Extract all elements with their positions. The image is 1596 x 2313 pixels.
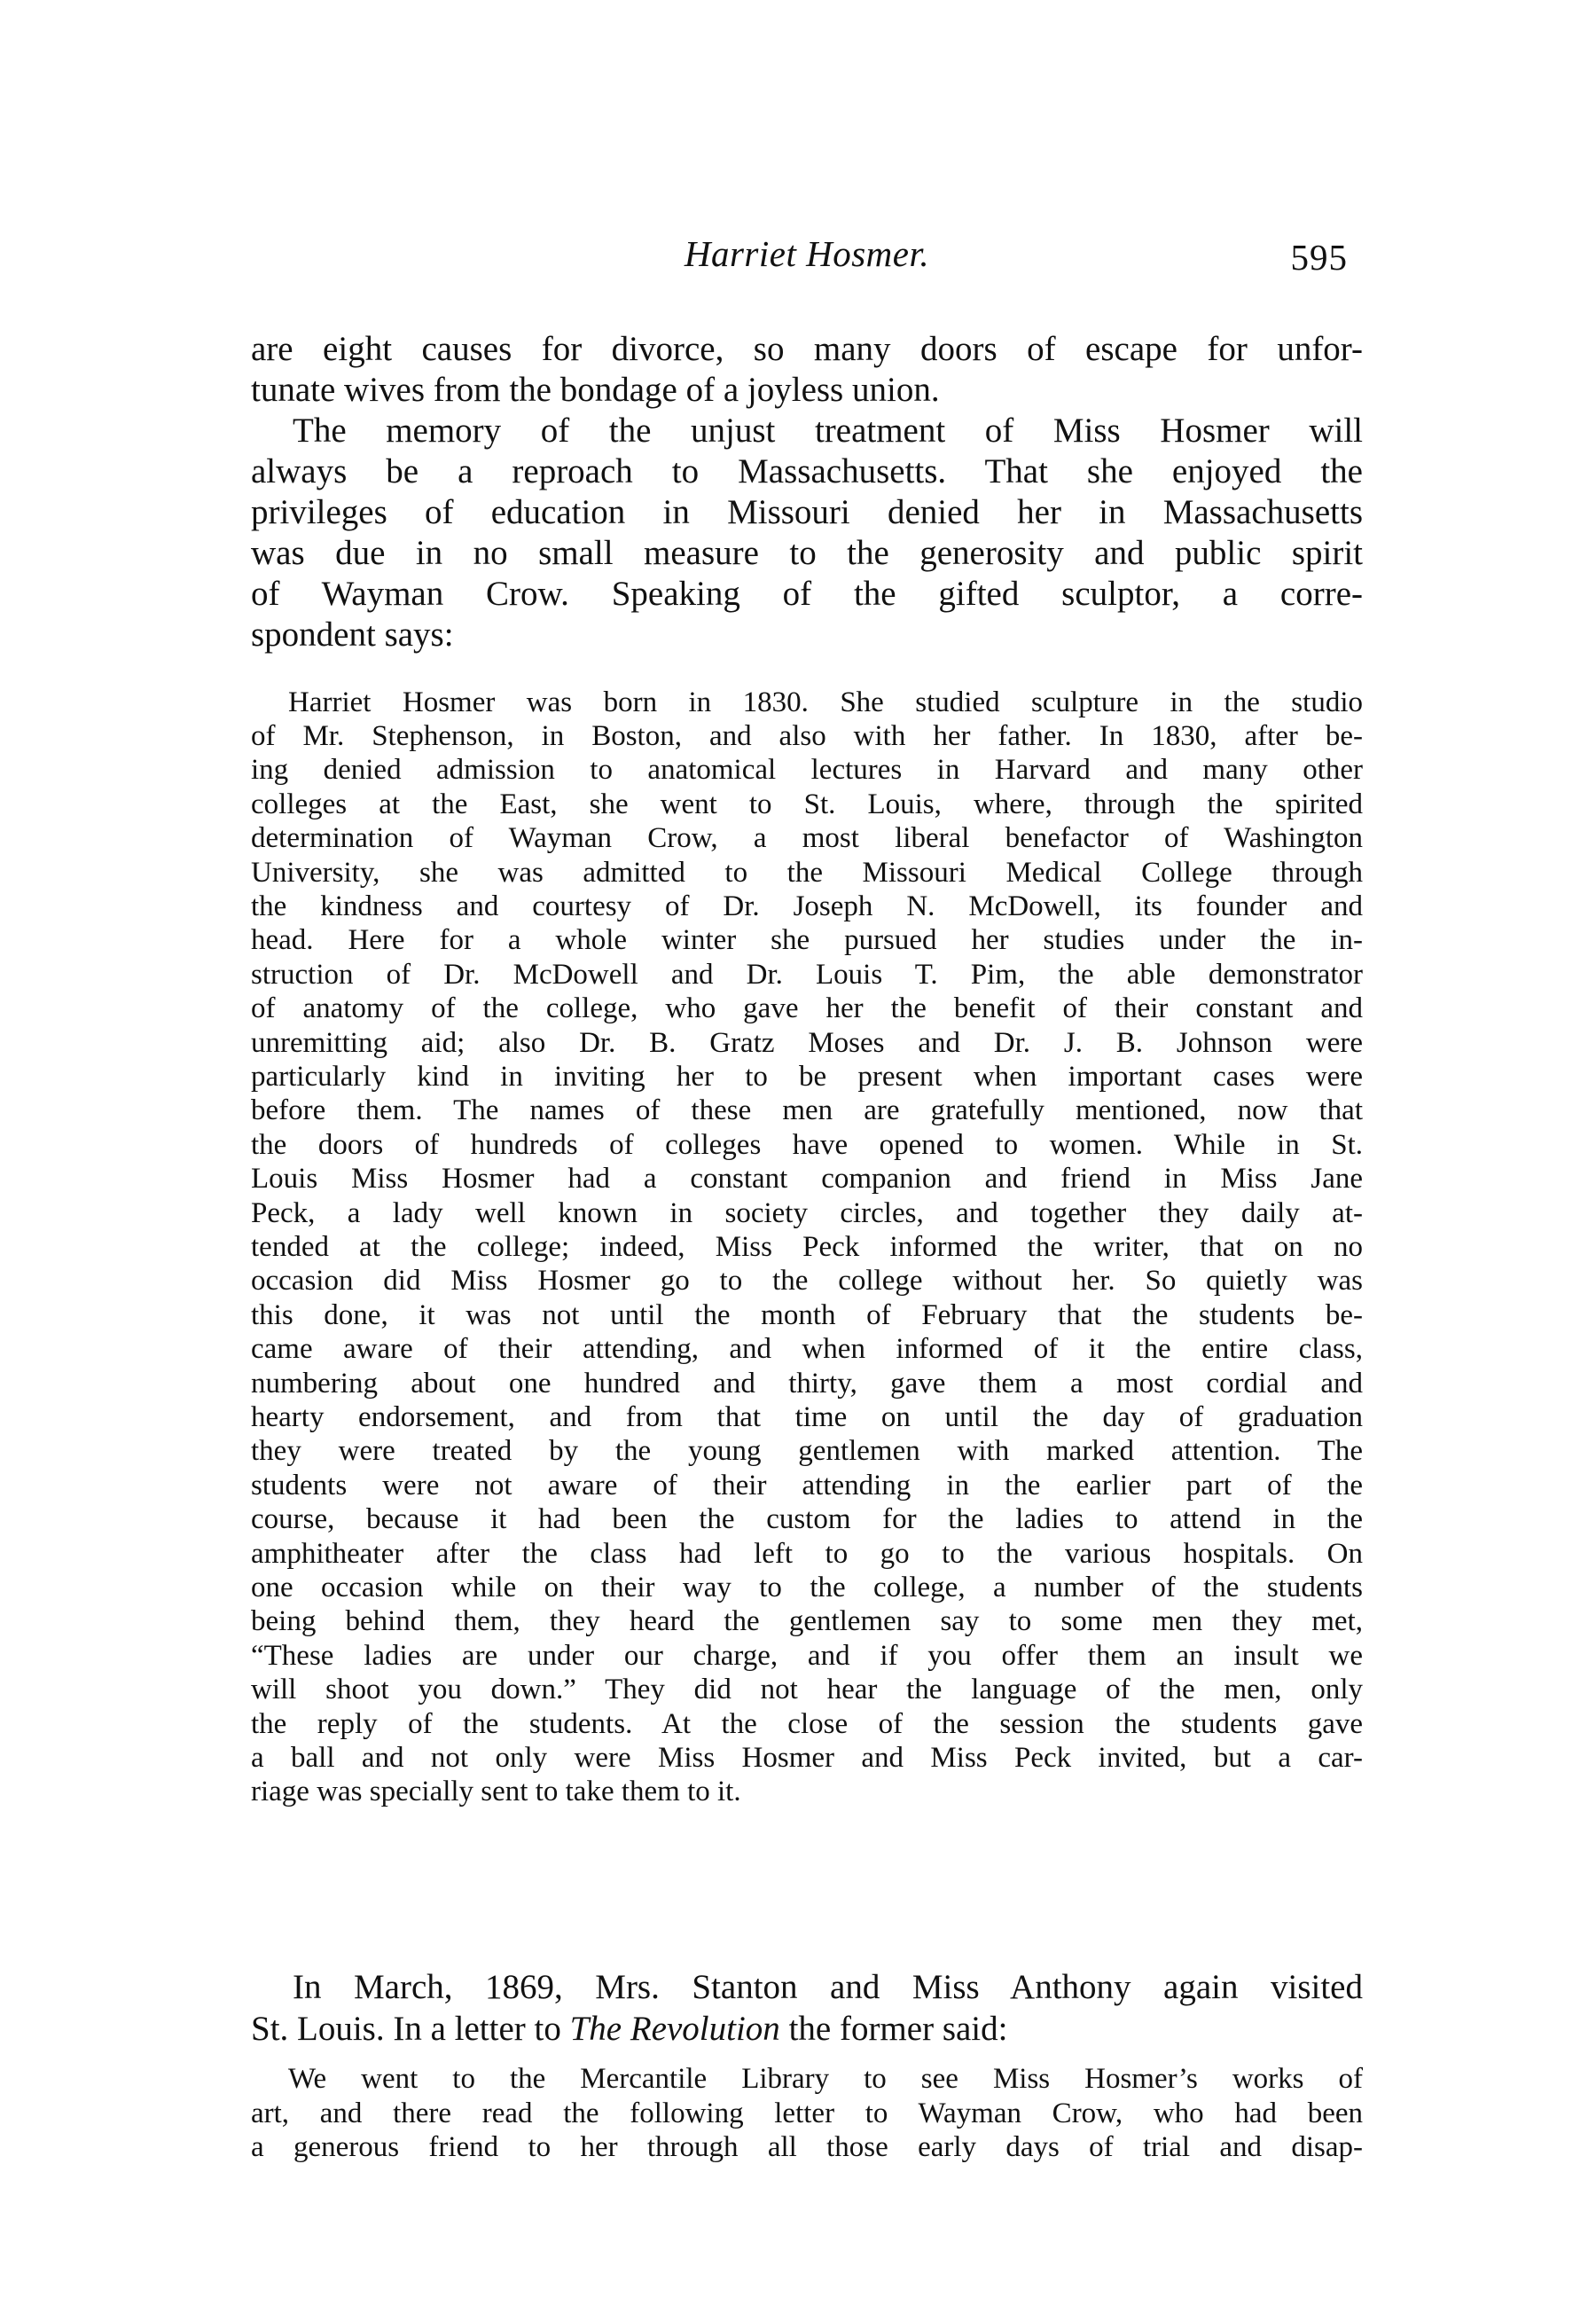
body-line: of Wayman Crow. Speaking of the gifted s…	[251, 574, 1363, 615]
quote-line: colleges at the East, she went to St. Lo…	[251, 788, 1363, 821]
quote-line: came aware of their attending, and when …	[251, 1332, 1363, 1366]
body-line: privileges of education in Missouri deni…	[251, 492, 1363, 533]
quote-line: struction of Dr. McDowell and Dr. Louis …	[251, 958, 1363, 992]
body-line: was due in no small measure to the gener…	[251, 533, 1363, 574]
quote-line: one occasion while on their way to the c…	[251, 1571, 1363, 1604]
quote-line: art, and there read the following letter…	[251, 2097, 1363, 2130]
quote-line: unremitting aid; also Dr. B. Gratz Moses…	[251, 1026, 1363, 1060]
quote-line: Louis Miss Hosmer had a constant compani…	[251, 1162, 1363, 1196]
book-page: Harriet Hosmer. 595 are eight causes for…	[0, 0, 1596, 2313]
quote-line: they were treated by the young gentlemen…	[251, 1434, 1363, 1468]
quote-line: will shoot you down.” They did not hear …	[251, 1673, 1363, 1706]
quote-line: a ball and not only were Miss Hosmer and…	[251, 1741, 1363, 1775]
body-text: In March, 1869, Mrs. Stanton and Miss An…	[293, 1968, 1363, 2006]
chapter-title: Harriet Hosmer.	[251, 232, 1363, 275]
quote-line: ing denied admission to anatomical lectu…	[251, 753, 1363, 787]
body-line: St. Louis. In a letter to The Revolution…	[251, 2009, 1363, 2050]
quote-line: course, because it had been the custom f…	[251, 1502, 1363, 1536]
quote-line: occasion did Miss Hosmer go to the colle…	[251, 1264, 1363, 1298]
quote-line: this done, it was not until the month of…	[251, 1298, 1363, 1332]
quote-line: amphitheater after the class had left to…	[251, 1537, 1363, 1571]
quote-line: “These ladies are under our charge, and …	[251, 1639, 1363, 1673]
body-line: always be a reproach to Massachusetts. T…	[251, 451, 1363, 492]
quote-line: being behind them, they heard the gentle…	[251, 1604, 1363, 1638]
quote-line: We went to the Mercantile Library to see…	[288, 2062, 1363, 2096]
quote-line: head. Here for a whole winter she pursue…	[251, 923, 1363, 957]
quote-line: before them. The names of these men are …	[251, 1094, 1363, 1127]
body-line: spondent says:	[251, 615, 1363, 655]
quote-line: students were not aware of their attendi…	[251, 1469, 1363, 1502]
quote-line: riage was specially sent to take them to…	[251, 1775, 1363, 1808]
quote-line: particularly kind in inviting her to be …	[251, 1060, 1363, 1094]
quote-line: University, she was admitted to the Miss…	[251, 856, 1363, 890]
quote-line: the reply of the students. At the close …	[251, 1707, 1363, 1741]
periodical-title: The Revolution	[570, 2010, 780, 2048]
quote-line: hearty endorsement, and from that time o…	[251, 1400, 1363, 1434]
quote-line: of Mr. Stephenson, in Boston, and also w…	[251, 719, 1363, 753]
body-line: are eight causes for divorce, so many do…	[251, 329, 1363, 370]
body-line: The memory of the unjust treatment of Mi…	[293, 411, 1363, 451]
body-line: In March, 1869, Mrs. Stanton and Miss An…	[293, 1967, 1363, 2008]
body-text: St. Louis. In a letter to	[251, 2010, 570, 2048]
quote-line: Harriet Hosmer was born in 1830. She stu…	[288, 686, 1363, 719]
quote-line: the doors of hundreds of colleges have o…	[251, 1128, 1363, 1162]
running-head: Harriet Hosmer. 595	[251, 232, 1363, 286]
quote-line: the kindness and courtesy of Dr. Joseph …	[251, 890, 1363, 923]
quote-line: a generous friend to her through all tho…	[251, 2130, 1363, 2164]
quote-line: determination of Wayman Crow, a most lib…	[251, 821, 1363, 855]
body-text: the former said:	[780, 2010, 1008, 2048]
quote-line: Peck, a lady well known in society circl…	[251, 1196, 1363, 1230]
page-number: 595	[1291, 236, 1349, 278]
quote-line: numbering about one hundred and thirty, …	[251, 1367, 1363, 1400]
quote-line: tended at the college; indeed, Miss Peck…	[251, 1230, 1363, 1264]
quote-line: of anatomy of the college, who gave her …	[251, 992, 1363, 1025]
body-line: tunate wives from the bondage of a joyle…	[251, 370, 1363, 411]
